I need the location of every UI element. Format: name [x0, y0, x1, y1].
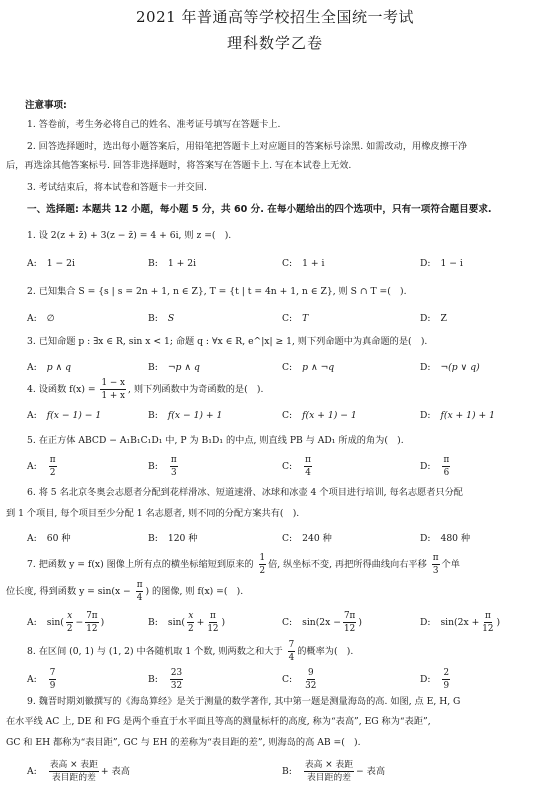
question-1: 1. 设 2(z + z̄) + 3(z − z̄) = 4 + 6i, 则 z… [27, 230, 231, 242]
notice-item-2: 2. 回答选择题时，选出每小题答案后，用铅笔把答题卡上对应题目的答案标号涂黑. … [27, 141, 467, 153]
question-3: 3. 已知命题 p : ∃x ∈ R, sin x < 1; 命题 q : ∀x… [27, 336, 427, 348]
q9-option-a[interactable]: A:表高 × 表距表目距的差+ 表高 [27, 760, 130, 784]
exam-subtitle: 理科数学乙卷 [0, 32, 550, 53]
q8-option-c[interactable]: C:932 [282, 668, 319, 691]
q8-option-d[interactable]: D:29 [420, 668, 452, 691]
question-number: 7. [27, 559, 36, 570]
q3-option-c[interactable]: C:p ∧ ¬q [282, 362, 334, 374]
question-9-cont-2: GC 和 EH 都称为“表目距”, GC 与 EH 的差称为“表目距的差”, 则… [6, 737, 361, 749]
q2-option-b[interactable]: B:S [148, 313, 174, 325]
q5-option-d[interactable]: D:π6 [420, 455, 452, 478]
q7-option-d[interactable]: D:sin(2x +π12) [420, 611, 500, 634]
q5-option-a[interactable]: A:π2 [27, 455, 59, 478]
q8-option-a[interactable]: A:79 [27, 668, 58, 691]
fraction: 1 − x1 + x [100, 378, 126, 401]
question-8: 8. 在区间 (0, 1) 与 (1, 2) 中各随机取 1 个数, 则两数之和… [27, 640, 353, 663]
question-9: 9. 魏晋时期刘徽撰写的《海岛算经》是关于测量的数学著作, 其中第一题是测量海岛… [27, 696, 460, 708]
q2-option-c[interactable]: C:T [282, 313, 308, 325]
notice-item-3: 3. 考试结束后，将本试卷和答题卡一并交回. [27, 182, 207, 194]
q4-option-d[interactable]: D:f(x + 1) + 1 [420, 410, 495, 422]
exam-page: 2021 年普通高等学校招生全国统一考试 理科数学乙卷 注意事项: 1. 答卷前… [0, 0, 550, 791]
q5-option-b[interactable]: B:π3 [148, 455, 180, 478]
question-stem: 已知集合 S = {s | s = 2n + 1, n ∈ Z}, T = {t… [39, 286, 407, 297]
exam-title: 2021 年普通高等学校招生全国统一考试 [0, 6, 550, 27]
question-number: 6. [27, 487, 36, 498]
q4-option-b[interactable]: B:f(x − 1) + 1 [148, 410, 222, 422]
question-6: 6. 将 5 名北京冬奥会志愿者分配到花样滑冰、短道速滑、冰球和冰壶 4 个项目… [27, 487, 463, 499]
q1-option-d[interactable]: D:1 − i [420, 258, 463, 270]
question-number: 1. [27, 230, 36, 241]
q2-option-d[interactable]: D:Z [420, 313, 447, 325]
notice-item-1: 1. 答卷前，考生务必将自己的姓名、准考证号填写在答题卡上. [27, 119, 280, 131]
q8-option-b[interactable]: B:2332 [148, 668, 185, 691]
q6-option-d[interactable]: D:480 种 [420, 533, 470, 545]
question-stem: 设 2(z + z̄) + 3(z − z̄) = 4 + 6i, 则 z =(… [39, 230, 232, 241]
question-number: 4. [27, 384, 36, 395]
q7-option-a[interactable]: A:sin(x2−7π12) [27, 611, 104, 634]
q6-option-b[interactable]: B:120 种 [148, 533, 198, 545]
question-number: 9. [27, 696, 36, 707]
question-6-cont: 到 1 个项目, 每个项目至少分配 1 名志愿者, 则不同的分配方案共有( ). [6, 508, 299, 520]
q3-option-d[interactable]: D:¬(p ∨ q) [420, 362, 480, 374]
question-7-cont: 位长度, 得到函数 y = sin(x − π4) 的图像, 则 f(x) =(… [6, 580, 243, 603]
q6-option-c[interactable]: C:240 种 [282, 533, 332, 545]
q2-option-a[interactable]: A:∅ [27, 313, 55, 325]
question-number: 8. [27, 646, 36, 657]
q1-option-b[interactable]: B:1 + 2i [148, 258, 196, 270]
q7-option-c[interactable]: C:sin(2x −7π12) [282, 611, 362, 634]
q3-option-b[interactable]: B:¬p ∧ q [148, 362, 200, 374]
notice-heading: 注意事项: [25, 100, 67, 112]
q7-option-b[interactable]: B:sin(x2+π12) [148, 611, 225, 634]
q5-option-c[interactable]: C:π4 [282, 455, 314, 478]
section-heading: 一、选择题: 本题共 12 小题，每小题 5 分，共 60 分. 在每小题给出的… [27, 204, 492, 216]
q6-option-a[interactable]: A:60 种 [27, 533, 71, 545]
question-2: 2. 已知集合 S = {s | s = 2n + 1, n ∈ Z}, T =… [27, 286, 407, 298]
question-4: 4. 设函数 f(x) = 1 − x1 + x, 则下列函数中为奇函数的是( … [27, 378, 263, 401]
question-9-cont-1: 在水平线 AC 上, DE 和 FG 是两个垂直于水平面且等高的测量标杆的高度,… [6, 716, 431, 728]
q1-option-a[interactable]: A:1 − 2i [27, 258, 75, 270]
notice-item-2-cont: 后，再选涂其他答案标号. 回答非选择题时，将答案写在答题卡上. 写在本试卷上无效… [6, 160, 351, 172]
question-number: 2. [27, 286, 36, 297]
q1-option-c[interactable]: C:1 + i [282, 258, 324, 270]
question-stem: 已知命题 p : ∃x ∈ R, sin x < 1; 命题 q : ∀x ∈ … [39, 336, 428, 347]
q3-option-a[interactable]: A:p ∧ q [27, 362, 71, 374]
question-7: 7. 把函数 y = f(x) 图像上所有点的横坐标缩短到原来的 12倍, 纵坐… [27, 553, 460, 576]
question-number: 3. [27, 336, 36, 347]
q4-option-a[interactable]: A:f(x − 1) − 1 [27, 410, 101, 422]
q4-option-c[interactable]: C:f(x + 1) − 1 [282, 410, 357, 422]
question-number: 5. [27, 435, 36, 446]
question-5: 5. 在正方体 ABCD − A₁B₁C₁D₁ 中, P 为 B₁D₁ 的中点,… [27, 435, 404, 447]
q9-option-b[interactable]: B:表高 × 表距表目距的差− 表高 [282, 760, 385, 784]
question-stem: 在正方体 ABCD − A₁B₁C₁D₁ 中, P 为 B₁D₁ 的中点, 则直… [39, 435, 404, 446]
